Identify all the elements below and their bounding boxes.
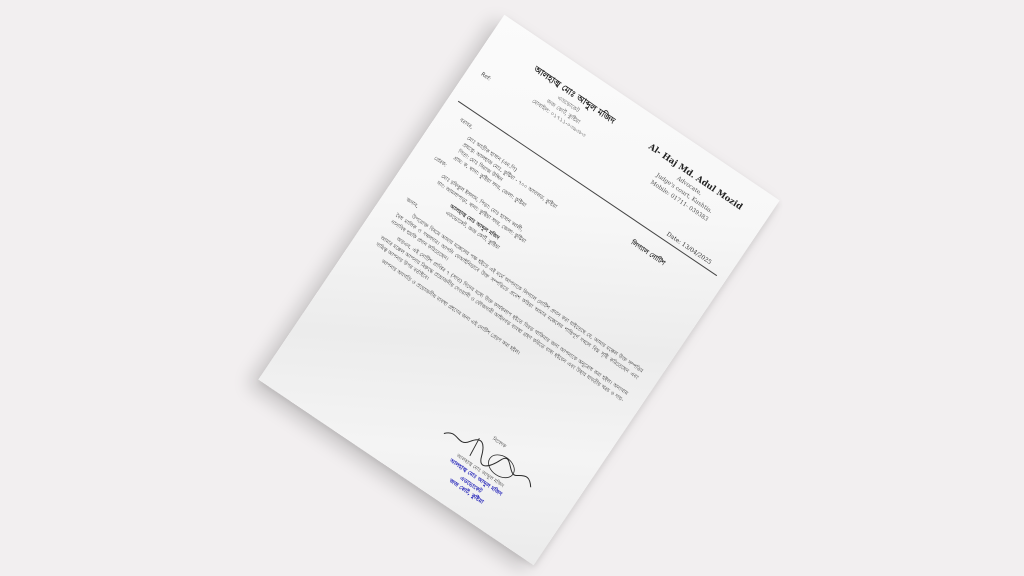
- advocate-title-bengali: এডভোকেট: [503, 60, 632, 151]
- letterhead-bengali: আলহাজ্ব মোঃ আব্দুল মজিদ এডভোকেট জজ কোর্ট…: [494, 49, 640, 165]
- legal-notice-letter: আলহাজ্ব মোঃ আব্দুল মজিদ এডভোকেট জজ কোর্ট…: [258, 15, 779, 565]
- reference-label: Ref:: [479, 71, 493, 84]
- signature-block: নিবেদক আলহাজ্ব মোঃ আব্দুল মজিদ আলহাজ্ব ম…: [409, 404, 554, 532]
- photo-stage: আলহাজ্ব মোঃ আব্দুল মজিদ এডভোকেট জজ কোর্ট…: [0, 0, 1024, 576]
